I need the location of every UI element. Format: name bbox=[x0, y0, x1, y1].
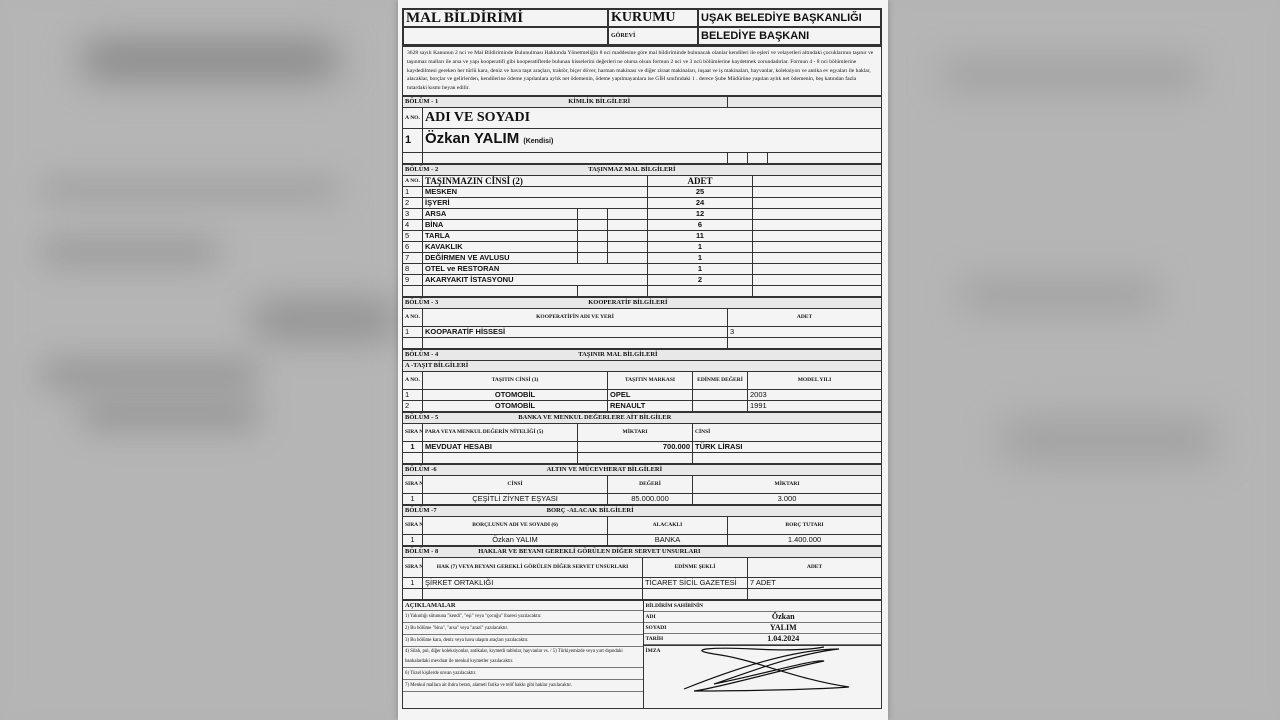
table-row: 9AKARYAKIT İSTASYONU2 bbox=[403, 274, 882, 285]
section-3-cooperative: BÖLÜM - 3KOOPERATİF BİLGİLERİ A NO. KOOP… bbox=[402, 297, 882, 349]
section-2-real-estate: BÖLÜM - 2TAŞINMAZ MAL BİLGİLERİ A NO. TA… bbox=[402, 164, 882, 297]
kurumu-label: KURUMU bbox=[608, 9, 698, 27]
kurumu-value: UŞAK BELEDİYE BAŞKANLIĞI bbox=[698, 9, 881, 27]
form-title: MAL BİLDİRİMİ bbox=[403, 9, 608, 27]
table-row: 1Özkan YALIMBANKA1.400.000 bbox=[403, 534, 882, 545]
gorevi-value: BELEDİYE BAŞKANI bbox=[698, 27, 881, 45]
header-table: MAL BİLDİRİMİ KURUMU UŞAK BELEDİYE BAŞKA… bbox=[402, 8, 882, 46]
intro-text: 3628 sayılı Kanunun 2 nci ve Mal Bildiri… bbox=[402, 46, 882, 96]
table-row: 1ŞİRKET ORTAKLIĞITİCARET SİCİL GAZETESİ7… bbox=[403, 577, 882, 588]
declarant-name: Özkan YALIM (Kendisi) bbox=[423, 128, 882, 152]
note-item: 1) Yakınlığı sütununa "kendi", "eşi" vey… bbox=[403, 611, 643, 623]
table-row: 6KAVAKLIK1 bbox=[403, 241, 882, 252]
note-item: 4) Silah, pul, diğer koleksiyonlar, anti… bbox=[403, 647, 643, 668]
table-row: 2İŞYERİ24 bbox=[403, 197, 882, 208]
note-item: 6) Tüzel kişilerde unvan yazılacaktır. bbox=[403, 668, 643, 680]
section-label: BÖLÜM - 1KİMLİK BİLGİLERİ bbox=[403, 96, 728, 107]
section-5-bank: BÖLÜM - 5BANKA VE MENKUL DEĞERLERE AİT B… bbox=[402, 412, 882, 464]
gorevi-label: GÖREVİ bbox=[608, 27, 698, 45]
table-row: 8OTEL ve RESTORAN1 bbox=[403, 263, 882, 274]
signature-icon bbox=[674, 619, 874, 699]
table-row: 4BİNA6 bbox=[403, 219, 882, 230]
document-page: MAL BİLDİRİMİ KURUMU UŞAK BELEDİYE BAŞKA… bbox=[398, 0, 888, 720]
table-row: 1ÇEŞİTLİ ZİYNET EŞYASI85.000.0003.000 bbox=[403, 493, 882, 504]
table-row: 1MESKEN25 bbox=[403, 186, 882, 197]
table-row: 1KOOPARATİF HİSSESİ3 bbox=[403, 326, 882, 337]
note-item: 3) Bu bölüme kara, deniz veya hava ulaşı… bbox=[403, 635, 643, 647]
table-row: 2OTOMOBİLRENAULT1991 bbox=[403, 400, 882, 411]
table-row: 1MEVDUAT HESABI700.000TÜRK LİRASI bbox=[403, 441, 882, 452]
note-item: 2) Bu bölüme "bina", "arsa" veya "arazi"… bbox=[403, 623, 643, 635]
table-row: 1OTOMOBİLOPEL2003 bbox=[403, 389, 882, 400]
notes-panel: AÇIKLAMALAR 1) Yakınlığı sütununa "kendi… bbox=[402, 600, 644, 709]
table-row: 5TARLA11 bbox=[403, 230, 882, 241]
declarant-panel: BİLDİRİM SAHİBİNİN ADIÖzkan SOYADIYALIM … bbox=[644, 600, 883, 709]
section-1-identity: BÖLÜM - 1KİMLİK BİLGİLERİ A NO. ADI VE S… bbox=[402, 96, 882, 164]
name-column-header: ADI VE SOYADI bbox=[423, 107, 882, 128]
section-8-rights: BÖLÜM - 8HAKLAR VE BEYANI GEREKLİ GÖRÜLE… bbox=[402, 546, 882, 600]
table-row: 3ARSA12 bbox=[403, 208, 882, 219]
section-4-vehicles: BÖLÜM - 4TAŞINIR MAL BİLGİLERİ A -TAŞIT … bbox=[402, 349, 882, 412]
section-6-gold: BÖLÜM -6ALTIN VE MÜCEVHERAT BİLGİLERİ SI… bbox=[402, 464, 882, 505]
note-item: 7) Menkul mallara ait ihtira beratı, ala… bbox=[403, 680, 643, 692]
table-row: 7DEĞİRMEN VE AVLUSU1 bbox=[403, 252, 882, 263]
section-7-debt: BÖLÜM -7BORÇ -ALACAK BİLGİLERİ SIRA NO. … bbox=[402, 505, 882, 546]
